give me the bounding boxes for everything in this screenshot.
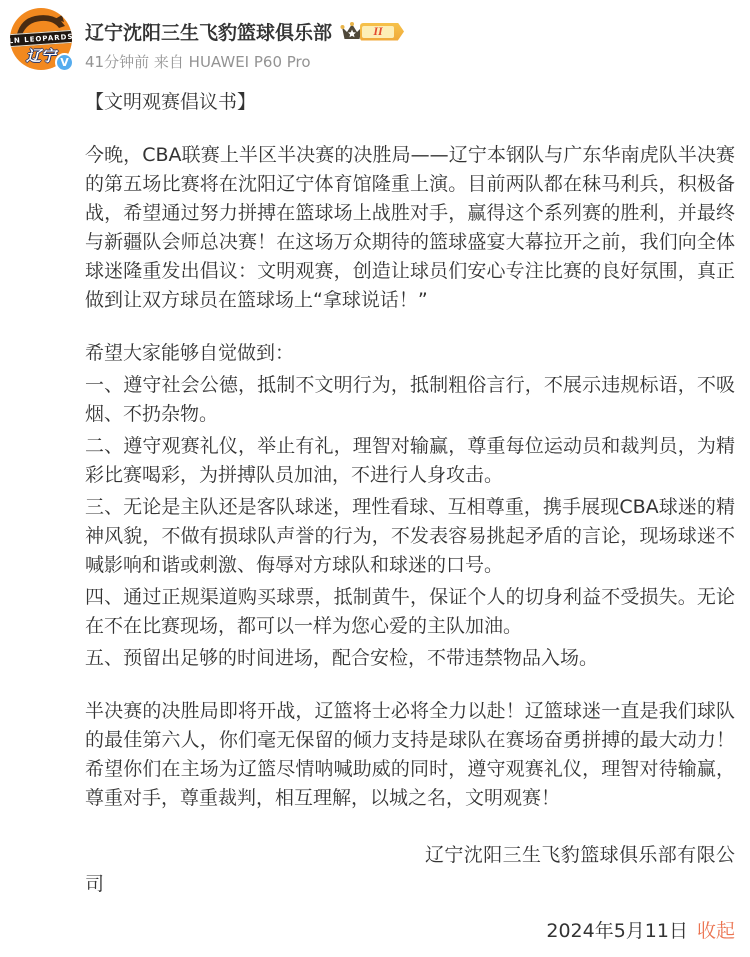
post-header: LN LEOPARDS 辽宁 V 辽宁沈阳三生飞豹篮球俱乐部 II 41分钟前 (0, 0, 750, 72)
list-item: 四、通过正规渠道购买球票，抵制黄牛，保证个人的切身利益不受损失。无论在不在比赛现… (85, 583, 735, 641)
list-item: 二、遵守观赛礼仪，举止有礼，理智对输赢，尊重每位运动员和裁判员，为精彩比赛喝彩，… (85, 432, 735, 490)
post-paragraph-closing: 半决赛的决胜局即将开战，辽篮将士必将全力以赴！辽篮球迷一直是我们球队的最佳第六人… (85, 697, 735, 813)
list-item: 三、无论是主队还是客队球迷，理性看球、互相尊重，携手展现CBA球迷的精神风貌，不… (85, 493, 735, 580)
logo-banner-text: LN LEOPARDS (10, 32, 72, 45)
date-bar: 2024年5月11日收起 (85, 917, 735, 946)
post-title: 【文明观赛倡议书】 (85, 88, 735, 117)
list-item: 五、预留出足够的时间进场，配合安检，不带违禁物品入场。 (85, 644, 735, 673)
pledge-list: 希望大家能够自觉做到： 一、遵守社会公德，抵制不文明行为，抵制粗俗言行，不展示违… (85, 339, 735, 673)
list-item: 一、遵守社会公德，抵制不文明行为，抵制粗俗言行，不展示违规标语，不吸烟、不扔杂物… (85, 371, 735, 429)
timestamp-link[interactable]: 41分钟前 (85, 53, 149, 71)
post-paragraph-intro: 今晚，CBA联赛上半区半决赛的决胜局——辽宁本钢队与广东华南虎队半决赛的第五场比… (85, 141, 735, 315)
avatar[interactable]: LN LEOPARDS 辽宁 V (10, 8, 72, 70)
list-intro: 希望大家能够自觉做到： (85, 339, 735, 368)
vip-level-badge[interactable]: II (340, 21, 404, 43)
post-meta: 41分钟前 来自 HUAWEI P60 Pro (85, 51, 404, 72)
post-content: 【文明观赛倡议书】 今晚，CBA联赛上半区半决赛的决胜局——辽宁本钢队与广东华南… (85, 88, 735, 946)
vip-ribbon: II (360, 23, 404, 41)
verified-badge-icon: V (55, 53, 74, 72)
user-name[interactable]: 辽宁沈阳三生飞豹篮球俱乐部 (85, 18, 332, 45)
source-prefix: 来自 (154, 53, 184, 71)
signature: 辽宁沈阳三生飞豹篮球俱乐部有限公司 (85, 841, 735, 899)
post-date: 2024年5月11日 (546, 920, 688, 942)
source-device-link[interactable]: HUAWEI P60 Pro (189, 53, 311, 71)
vip-level-text: II (373, 24, 382, 39)
collapse-link[interactable]: 收起 (697, 920, 735, 942)
